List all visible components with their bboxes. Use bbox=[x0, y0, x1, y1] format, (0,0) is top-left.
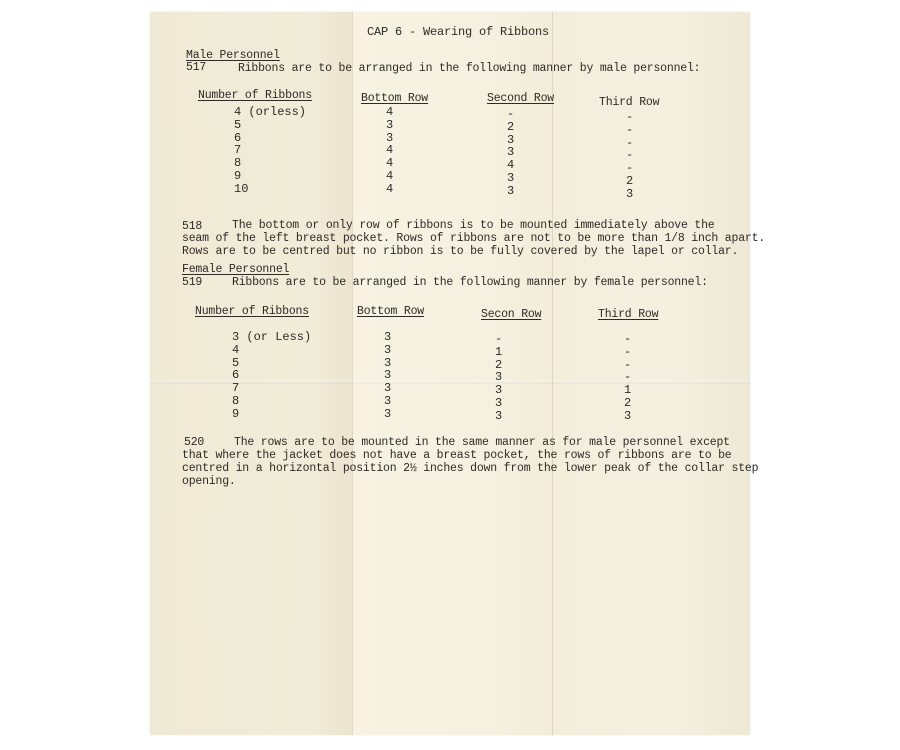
table-cell: 4 (orless) bbox=[234, 107, 306, 119]
table-cell: 3 bbox=[386, 133, 393, 145]
female-col-header-third: Third Row bbox=[598, 308, 658, 321]
para-520-line-4: opening. bbox=[182, 475, 236, 488]
table-cell: 3 bbox=[495, 411, 502, 423]
table-cell: 3 bbox=[384, 383, 391, 395]
female-col-header-bottom: Bottom Row bbox=[357, 305, 424, 318]
para-520-line-2: that where the jacket does not have a br… bbox=[182, 449, 732, 462]
fold-panel-middle bbox=[352, 12, 552, 735]
table-cell: 3 bbox=[507, 147, 514, 159]
table-cell: 4 bbox=[386, 184, 393, 196]
table-cell: 3 (or Less) bbox=[232, 332, 311, 344]
table-cell: - bbox=[624, 360, 631, 372]
table-cell: - bbox=[626, 112, 633, 124]
table-cell: 1 bbox=[495, 347, 502, 359]
para-520-number: 520 bbox=[184, 436, 204, 449]
table-cell: 3 bbox=[384, 345, 391, 357]
fold-line bbox=[552, 12, 553, 735]
table-cell: 7 bbox=[234, 145, 241, 157]
table-cell: 3 bbox=[495, 398, 502, 410]
table-cell: 3 bbox=[495, 385, 502, 397]
fold-line bbox=[352, 12, 353, 735]
table-cell: 4 bbox=[386, 107, 393, 119]
table-cell: - bbox=[624, 347, 631, 359]
table-cell: 4 bbox=[386, 158, 393, 170]
table-cell: 6 bbox=[232, 370, 239, 382]
table-cell: 5 bbox=[232, 358, 239, 370]
table-cell: 3 bbox=[384, 409, 391, 421]
male-col-header-bottom: Bottom Row bbox=[361, 92, 428, 105]
table-cell: 2 bbox=[624, 398, 631, 410]
table-cell: 3 bbox=[384, 396, 391, 408]
table-cell: 4 bbox=[232, 345, 239, 357]
table-cell: 8 bbox=[232, 396, 239, 408]
male-col-header-second: Second Row bbox=[487, 92, 554, 105]
para-518-line-1: The bottom or only row of ribbons is to … bbox=[232, 219, 714, 232]
table-cell: 7 bbox=[232, 383, 239, 395]
table-cell: 3 bbox=[507, 135, 514, 147]
table-cell: - bbox=[495, 334, 502, 346]
para-519-number: 519 bbox=[182, 276, 202, 289]
male-col-header-number: Number of Ribbons bbox=[198, 89, 312, 102]
table-cell: 5 bbox=[234, 120, 241, 132]
page-title: CAP 6 - Wearing of Ribbons bbox=[367, 25, 549, 39]
para-517-number: 517 bbox=[186, 61, 206, 74]
table-cell: - bbox=[626, 125, 633, 137]
para-517-text: Ribbons are to be arranged in the follow… bbox=[238, 62, 700, 75]
fold-panel-left bbox=[150, 12, 352, 735]
table-cell: 3 bbox=[495, 372, 502, 384]
table-cell: 10 bbox=[234, 184, 248, 196]
table-cell: - bbox=[507, 109, 514, 121]
table-cell: - bbox=[626, 138, 633, 150]
table-cell: 3 bbox=[624, 411, 631, 423]
table-cell: 4 bbox=[386, 171, 393, 183]
table-cell: 3 bbox=[384, 370, 391, 382]
para-520-line-1: The rows are to be mounted in the same m… bbox=[234, 436, 730, 449]
table-cell: 3 bbox=[507, 173, 514, 185]
female-heading: Female Personnel bbox=[182, 263, 289, 276]
table-cell: 1 bbox=[624, 385, 631, 397]
table-cell: 3 bbox=[384, 332, 391, 344]
table-cell: 6 bbox=[234, 133, 241, 145]
table-cell: 8 bbox=[234, 158, 241, 170]
para-518-line-3: Rows are to be centred but no ribbon is … bbox=[182, 245, 738, 258]
para-518-line-2: seam of the left breast pocket. Rows of … bbox=[182, 232, 765, 245]
table-cell: 3 bbox=[626, 189, 633, 201]
table-cell: - bbox=[624, 372, 631, 384]
table-cell: 4 bbox=[386, 145, 393, 157]
para-520-line-3: centred in a horizontal position 2½ inch… bbox=[182, 462, 758, 475]
document-page: CAP 6 - Wearing of Ribbons Male Personne… bbox=[150, 12, 750, 735]
table-cell: 2 bbox=[507, 122, 514, 134]
male-col-header-third: Third Row bbox=[599, 96, 659, 109]
table-cell: - bbox=[626, 163, 633, 175]
para-519-text: Ribbons are to be arranged in the follow… bbox=[232, 276, 708, 289]
table-cell: - bbox=[626, 150, 633, 162]
female-col-header-second: Secon Row bbox=[481, 308, 541, 321]
table-cell: 9 bbox=[232, 409, 239, 421]
table-cell: 3 bbox=[386, 120, 393, 132]
table-cell: 2 bbox=[626, 176, 633, 188]
fold-panel-right bbox=[552, 12, 750, 735]
table-cell: 9 bbox=[234, 171, 241, 183]
table-cell: 4 bbox=[507, 160, 514, 172]
table-cell: - bbox=[624, 334, 631, 346]
table-cell: 3 bbox=[384, 358, 391, 370]
female-col-header-number: Number of Ribbons bbox=[195, 305, 309, 318]
table-cell: 3 bbox=[507, 186, 514, 198]
table-cell: 2 bbox=[495, 360, 502, 372]
fold-line bbox=[150, 380, 750, 384]
